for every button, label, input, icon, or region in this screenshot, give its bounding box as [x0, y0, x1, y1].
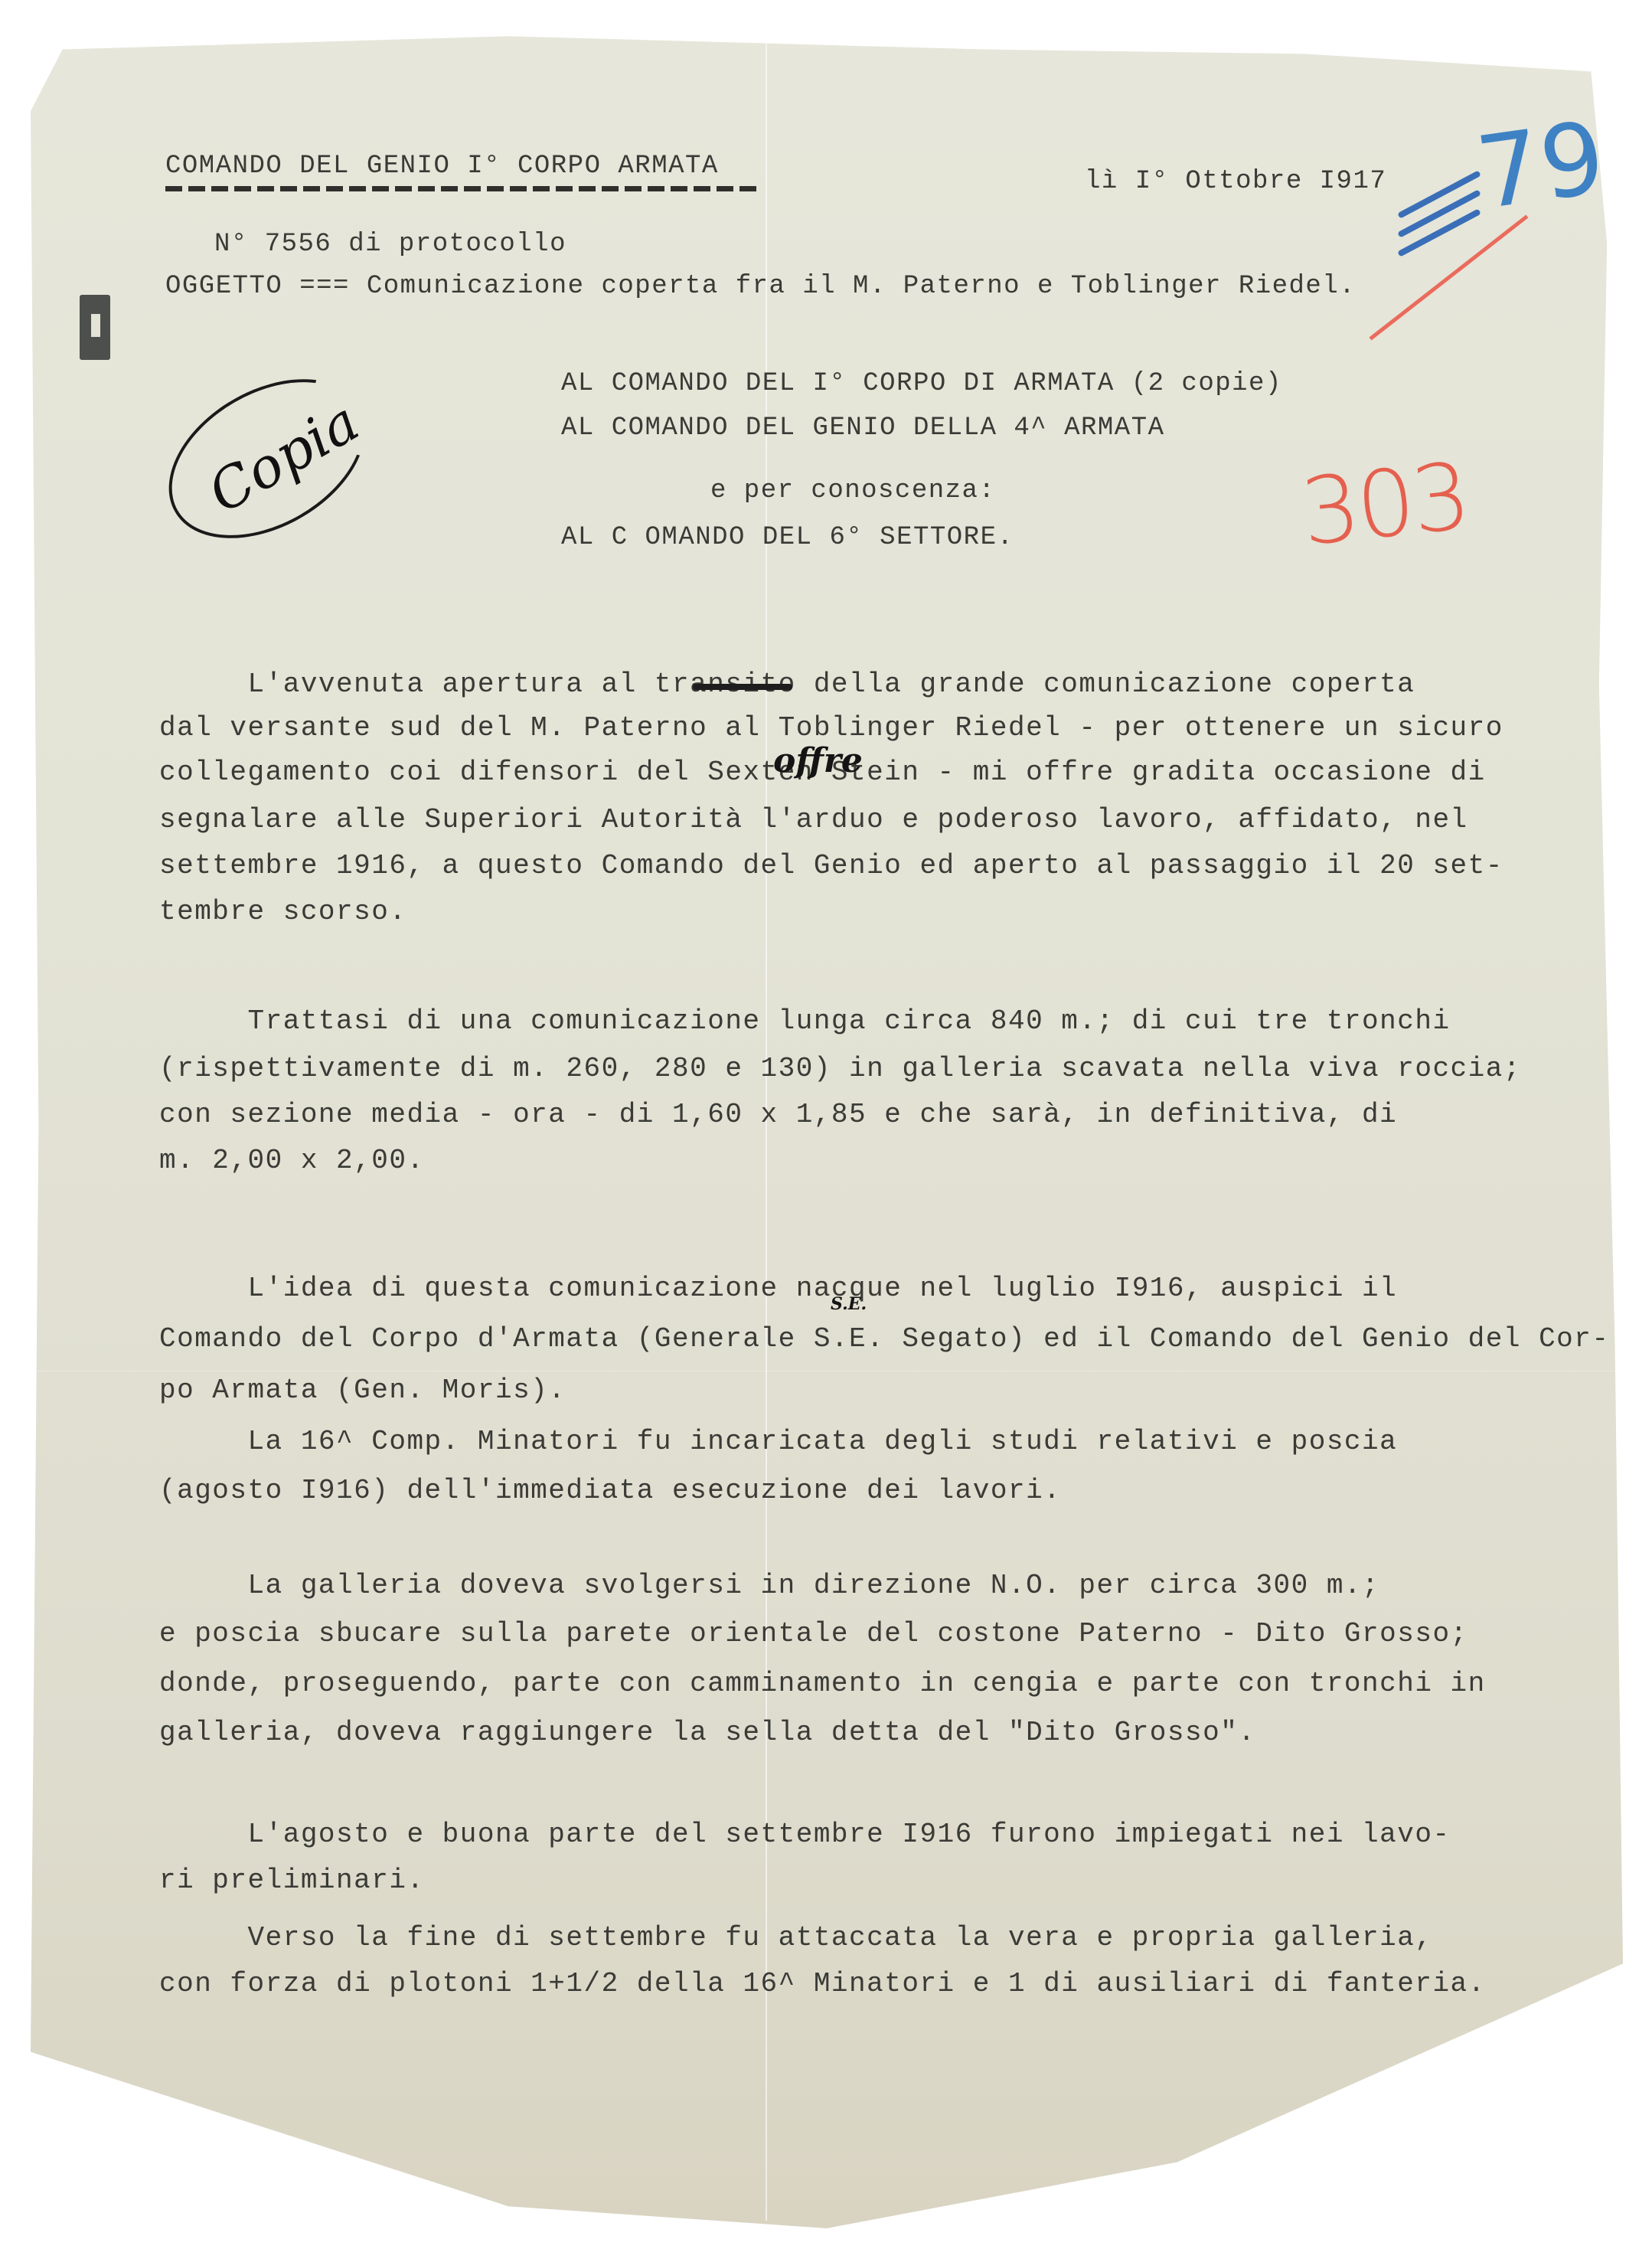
cc-label: e per conoscenza: — [710, 476, 995, 505]
body-line: galleria, doveva raggiungere la sella de… — [159, 1717, 1255, 1748]
body-line: donde, proseguendo, parte con camminamen… — [159, 1668, 1486, 1699]
body-line: settembre 1916, a questo Comando del Gen… — [159, 850, 1503, 881]
body-line: con forza di plotoni 1+1/2 della 16^ Min… — [159, 1968, 1486, 1999]
handwritten-offre: offre — [773, 741, 863, 780]
horizontal-fold-crease — [31, 1371, 1623, 1371]
body-line: (agosto I916) dell'immediata esecuzione … — [159, 1475, 1061, 1506]
body-line: L'idea di questa comunicazione nacque ne… — [159, 1273, 1397, 1304]
cc-recipient: AL C OMANDO DEL 6° SETTORE. — [561, 523, 1014, 552]
body-line: po Armata (Gen. Moris). — [159, 1375, 566, 1406]
body-line: L'agosto e buona parte del settembre I91… — [159, 1819, 1451, 1850]
blue-pencil-number: 79 — [1470, 99, 1611, 232]
body-line: Trattasi di una comunicazione lunga circ… — [159, 1005, 1451, 1037]
handwritten-se: S.E. — [831, 1294, 867, 1314]
document-date: lì I° Ottobre I917 — [1085, 167, 1386, 196]
body-line: tembre scorso. — [159, 896, 406, 927]
recipient-1: AL COMANDO DEL I° CORPO DI ARMATA (2 cop… — [561, 369, 1282, 398]
header-underline — [165, 186, 762, 191]
strikethrough-mark — [693, 684, 792, 690]
recipient-2: AL COMANDO DEL GENIO DELLA 4^ ARMATA — [561, 414, 1165, 443]
protocol-number: N° 7556 di protocollo — [214, 230, 566, 259]
blue-hash-mark-icon — [1393, 176, 1477, 253]
body-line: m. 2,00 x 2,00. — [159, 1145, 425, 1176]
body-line: La 16^ Comp. Minatori fu incaricata degl… — [159, 1426, 1397, 1457]
body-line: Verso la fine di settembre fu attaccata … — [159, 1922, 1432, 1953]
body-line: e poscia sbucare sulla parete orientale … — [159, 1618, 1468, 1649]
body-line: La galleria doveva svolgersi in direzion… — [159, 1570, 1379, 1601]
header-unit: COMANDO DEL GENIO I° CORPO ARMATA — [165, 152, 719, 181]
body-line: con sezione media - ora - di 1,60 x 1,85… — [159, 1099, 1397, 1130]
body-line: segnalare alle Superiori Autorità l'ardu… — [159, 804, 1468, 835]
body-line: (rispettivamente di m. 260, 280 e 130) i… — [159, 1053, 1521, 1084]
body-line: Comando del Corpo d'Armata (Generale S.E… — [159, 1323, 1610, 1355]
subject-line: OGGETTO === Comunicazione coperta fra il… — [165, 272, 1356, 301]
red-pencil-number: 303 — [1296, 443, 1472, 567]
body-line: ri preliminari. — [159, 1865, 425, 1896]
body-line: dal versante sud del M. Paterno al Tobli… — [159, 712, 1503, 744]
staple-icon — [80, 295, 110, 360]
